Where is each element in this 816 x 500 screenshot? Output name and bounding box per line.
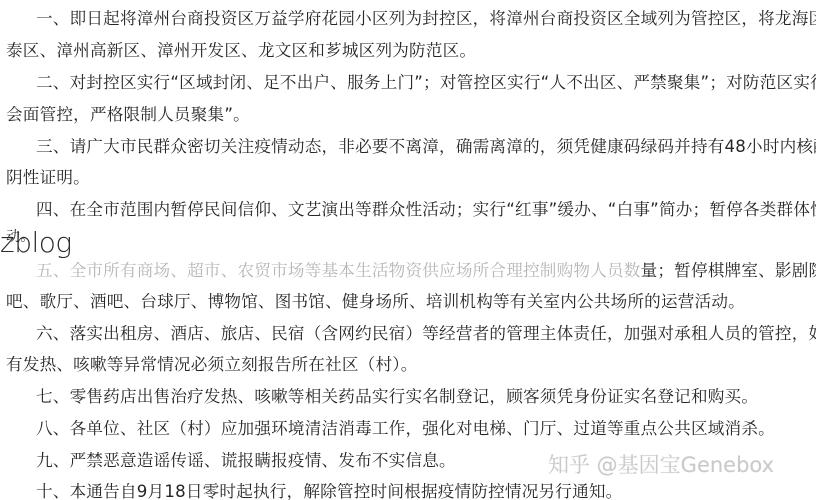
paragraph-10: 十、本通告自9月18日零时起执行，解除管控时间根据疫情防控情况另行通知。 [36,481,622,500]
paragraph-5-line-2: 吧、歌厅、酒吧、台球厅、博物馆、图书馆、健身场所、培训机构等有关室内公共场所的运… [6,291,745,313]
paragraph-2-line-2: 会面管控，严格限制人员聚集”。 [6,104,250,126]
zblog-logo: zblog [0,228,72,258]
zhihu-watermark: 知乎 @基因宝Genebox [548,452,774,478]
paragraph-1-line-1: 一、即日起将漳州台商投资区万益学府花园小区列为封控区，将漳州台商投资区全域列为管… [36,8,816,30]
paragraph-8: 八、各单位、社区（村）应加强环境清洁消毒工作，强化对电梯、门厅、过道等重点公共区… [36,418,775,440]
dark-text: 量；暂停棋牌室、影剧院、网 [641,261,816,280]
announcement-document: 一、即日起将漳州台商投资区万益学府花园小区列为封控区，将漳州台商投资区全域列为管… [0,0,816,500]
paragraph-1-line-2: 泰区、漳州高新区、漳州开发区、龙文区和芗城区列为防范区。 [6,40,476,62]
paragraph-9: 九、严禁恶意造谣传谣、谎报瞒报疫情、发布不实信息。 [36,450,456,472]
faded-text: 五、全市所有商场、超市、农贸市场等基本生活物资供应场所合理控制购物人员数 [36,261,641,280]
paragraph-4-line-1: 四、在全市范围内暂停民间信仰、文艺演出等群众性活动；实行“红事”缓办、“白事”简… [36,199,816,221]
paragraph-6-line-2: 有发热、咳嗽等异常情况必须立刻报告所在社区（村）。 [6,354,418,376]
paragraph-3-line-2: 阴性证明。 [6,167,90,189]
paragraph-7: 七、零售药店出售治疗发热、咳嗽等相关药品实行实名制登记，顾客须凭身份证实名登记和… [36,386,758,408]
paragraph-5-line-1: 五、全市所有商场、超市、农贸市场等基本生活物资供应场所合理控制购物人员数量；暂停… [36,260,816,282]
paragraph-6-line-1: 六、落实出租房、酒店、旅店、民宿（含网约民宿）等经营者的管理主体责任，加强对承租… [36,323,816,345]
paragraph-3-line-1: 三、请广大市民群众密切关注疫情动态，非必要不离漳，确需离漳的，须凭健康码绿码并持… [36,136,816,158]
paragraph-2-line-1: 二、对封控区实行“区域封闭、足不出户、服务上门”；对管控区实行“人不出区、严禁聚… [36,72,816,94]
